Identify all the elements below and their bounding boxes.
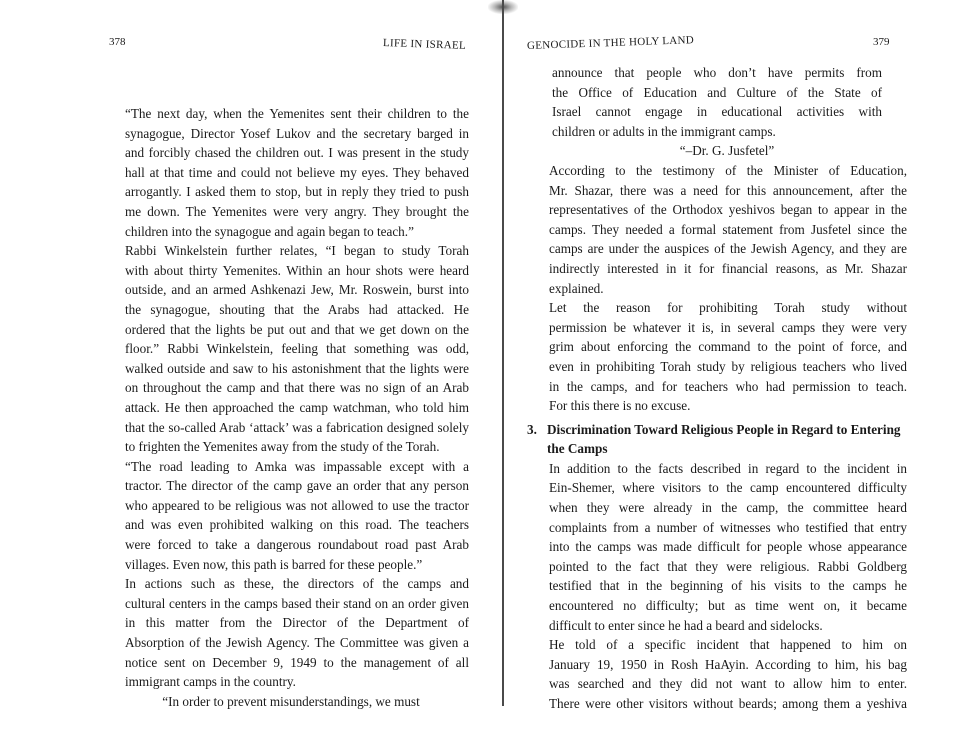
text-line: and forcibly chased the children out. I … [103,143,469,163]
text-line: Mr. Shazar, there was a need for this an… [527,181,907,201]
text-line: outside, and an armed Ashkenazi Jew, Mr.… [103,280,469,300]
text-line: encountered no difficulty; but as time w… [527,596,907,616]
text-line: announce that people who don’t have perm… [552,63,882,83]
text-line: In addition to the facts described in re… [527,459,907,479]
section-heading: 3.Discrimination Toward Religious People… [527,420,907,459]
left-page-body: “The next day, when the Yemenites sent t… [103,104,469,711]
book-gutter [502,0,504,706]
text-line: “The road leading to Amka was impassable… [103,457,469,477]
text-line: walked outside and saw to his astonishme… [103,359,469,379]
text-line: children or adults in the immigrant camp… [552,122,882,142]
text-line: on throughout the camp and that there wa… [103,378,469,398]
text-line: in the camps, and for teachers who had p… [527,377,907,397]
paragraph: In addition to the facts described in re… [527,459,907,635]
page-number-right: 379 [873,36,890,48]
text-line: complaints from a number of witnesses wh… [527,518,907,538]
text-line: with about thirty Yemenites. Within an h… [103,261,469,281]
text-line: Ein-Shemer, where visitors to the camp e… [527,478,907,498]
paragraph: Rabbi Winkelstein further relates, “I be… [103,241,469,457]
paragraph: Let the reason for prohibiting Torah stu… [527,298,907,416]
paragraph: He told of a specific incident that happ… [527,635,907,713]
text-line: in this matter from the Director of the … [103,613,469,633]
text-line: There were other visitors without beards… [527,694,907,714]
text-line: into the camps was made difficult for pe… [527,537,907,557]
text-line: January 19, 1950 in Rosh HaAyin. Accordi… [527,655,907,675]
paragraph: According to the testimony of the Minist… [527,161,907,298]
text-line: testified that in the beginning of his v… [527,576,907,596]
text-line: ordered that the lights be put out and t… [103,320,469,340]
text-line: “The next day, when the Yemenites sent t… [103,104,469,124]
text-line: arrogantly. I asked them to stop, but in… [103,182,469,202]
text-line: tractor. The director of the camp gave a… [103,476,469,496]
right-page-body: announce that people who don’t have perm… [527,63,907,714]
text-line: the synagogue, shouting that the Arabs h… [103,300,469,320]
text-line: Absorption of the Jewish Agency. The Com… [103,633,469,653]
section-title-line-2: the Camps [527,439,907,459]
text-line: In actions such as these, the directors … [103,574,469,594]
section-title-line-1: Discrimination Toward Religious People i… [547,422,901,437]
text-line: hall at that time and could not believe … [103,163,469,183]
text-line: According to the testimony of the Minist… [527,161,907,181]
section-number: 3. [527,420,547,440]
text-line: indirectly interested in it for financia… [527,259,907,279]
text-line: notice sent on December 9, 1949 to the m… [103,653,469,673]
text-line: was searched and they did not want to al… [527,674,907,694]
text-line: He told of a specific incident that happ… [527,635,907,655]
text-line: and was even prohibited walking on this … [103,515,469,535]
paragraph: “The road leading to Amka was impassable… [103,457,469,575]
text-line: to frighten the Yemenites away from the … [103,437,469,457]
running-head-left: LIFE IN ISRAEL [383,37,466,52]
text-line: were forced to take a dangerous roundabo… [103,535,469,555]
text-line: difficult to enter since he had a beard … [527,616,907,636]
block-quote: announce that people who don’t have perm… [552,63,882,141]
paragraph: “The next day, when the Yemenites sent t… [103,104,469,241]
text-line: representatives of the Orthodox yeshivos… [527,200,907,220]
text-line: when they were already in the camp, the … [527,498,907,518]
text-line: immigrant camps in the country. [103,672,469,692]
running-head-right: GENOCIDE IN THE HOLY LAND [527,34,694,52]
quote-signature: “–Dr. G. Jusfetel” [527,141,907,161]
text-line: cultural centers in the camps based thei… [103,594,469,614]
text-line: the Office of Education and Culture of t… [552,83,882,103]
text-line: attack. He then approached the camp watc… [103,398,469,418]
text-line: floor.” Rabbi Winkelstein, feeling that … [103,339,469,359]
text-line: For this there is no excuse. [527,396,907,416]
text-line: explained. [527,279,907,299]
text-line: Rabbi Winkelstein further relates, “I be… [103,241,469,261]
text-line: pointed to the fact that they were relig… [527,557,907,577]
text-line: permission be whatever it is, in several… [527,318,907,338]
book-spread: 378 LIFE IN ISRAEL “The next day, when t… [0,0,968,747]
text-line: synagogue, Director Yosef Lukov and the … [103,124,469,144]
text-line: camps. They needed a formal statement fr… [527,220,907,240]
text-line: children into the synagogue and again be… [103,222,469,242]
text-line: me down. The Yemenites were very angry. … [103,202,469,222]
text-line: Israel cannot engage in educational acti… [552,102,882,122]
text-line: camps are under the auspices of the Jewi… [527,239,907,259]
text-line: Let the reason for prohibiting Torah stu… [527,298,907,318]
text-line: who appeared to be religious was not all… [103,496,469,516]
page-number-left: 378 [109,36,126,48]
text-line: villages. Even now, this path is barred … [103,555,469,575]
text-line: even in prohibiting Torah study by relig… [527,357,907,377]
text-line: that the so-called Arab ‘attack’ was a f… [103,418,469,438]
text-line: grim about enforcing the command to the … [527,337,907,357]
paragraph: In actions such as these, the directors … [103,574,469,692]
quote-opening: “In order to prevent misunderstandings, … [103,692,469,712]
